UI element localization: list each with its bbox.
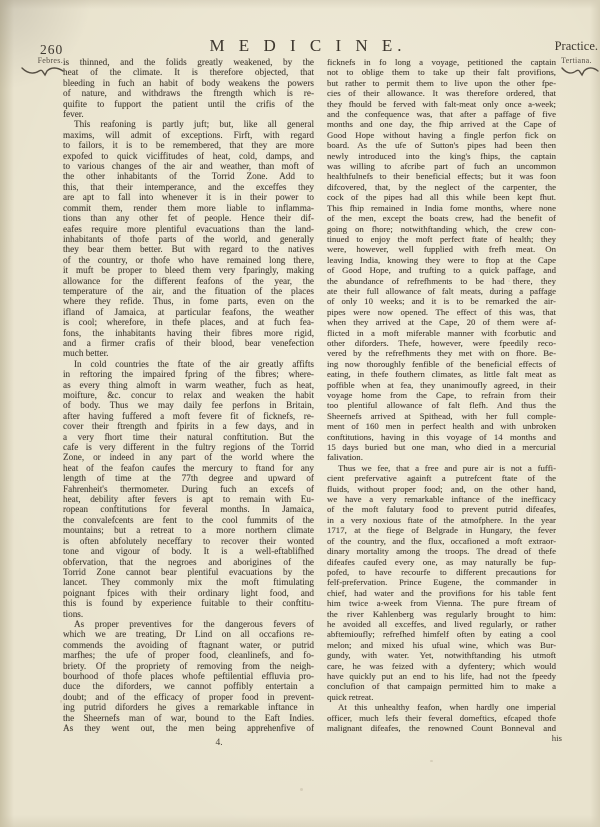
text-line: the Sheernefs man of war, bound to the E…	[63, 713, 314, 723]
text-line: of Good Hope, and trufting to a quick pa…	[327, 265, 556, 275]
text-line: difcovered, that, by the neglect of the …	[327, 182, 556, 192]
text-line: ropean conftitutions for feveral months.…	[63, 504, 314, 514]
text-line: healthfulnefs to their beneficial effect…	[327, 171, 556, 181]
text-line: fever.	[63, 109, 314, 119]
text-line: ing now thoroughly fenfible of the benef…	[327, 359, 556, 369]
paper-speck	[508, 280, 510, 282]
text-line: much better.	[63, 348, 314, 358]
text-line: Sheernefs arrived at Spithead, with her …	[327, 411, 556, 421]
text-line: in reftoring the impaired fpring of the …	[63, 369, 314, 379]
text-line: leaving India, knowing they were to ftop…	[327, 255, 556, 265]
page-scan: 260 M E D I C I N E. Practice. Febres. T…	[0, 0, 600, 827]
text-line: they fhould be ferved with falt-meat onl…	[327, 99, 556, 109]
text-line: pipes were now opened. The effect of thi…	[327, 307, 556, 317]
text-line: to failors, it is to be remembered, that…	[63, 140, 314, 150]
text-line: difeafes caufed every one, as may natura…	[327, 557, 556, 567]
text-line: him twice a-week from Vienna. The pure f…	[327, 598, 556, 608]
text-line: 15 days buried but one man, who died in …	[327, 442, 556, 452]
text-line: the other inhabitants of the Torrid Zone…	[63, 171, 314, 181]
text-line: other diforders. Thefe, however, were fp…	[327, 338, 556, 348]
text-line: abftemioufly; refrefhed himfelf often by…	[327, 629, 556, 639]
text-line: the abundance of refrefhments to be had …	[327, 276, 556, 286]
text-line: care, he was feized with a dyfentery; wh…	[327, 661, 556, 671]
text-line: of the country, and the flux, occafioned…	[327, 536, 556, 546]
text-line: to various changes of the air and weathe…	[63, 161, 314, 171]
text-line: and the confequence was, that after a pa…	[327, 109, 556, 119]
text-line: cover their ftrength and fpirits in a fe…	[63, 421, 314, 431]
text-line: doubt; and of the efficacy of proper foo…	[63, 692, 314, 702]
text-line: the convalefcents are fent to the cool f…	[63, 515, 314, 525]
running-head-right: Practice.	[555, 39, 598, 54]
text-line: expofed to quick viciffitudes of heat, c…	[63, 151, 314, 161]
text-line: commends the avoiding of ftagnant water,…	[63, 640, 314, 650]
text-line: pofed, to have recourfe to different pre…	[327, 567, 556, 577]
text-line: malignant difeafes, the renowned Count B…	[327, 723, 556, 733]
text-line: in a very noxious ftate of the atmofpher…	[327, 515, 556, 525]
text-line: the river Kahlenberg was regularly broug…	[327, 609, 556, 619]
text-line: voyage home from the Cape, to refrain fr…	[327, 390, 556, 400]
text-line: gundy, with water. Yet, notwithftanding …	[327, 650, 556, 660]
text-line: fluids, without proper food; and, on the…	[327, 484, 556, 494]
text-line: conclufion of that campaign permitted hi…	[327, 681, 556, 691]
flourish-icon	[21, 65, 65, 78]
text-line: length of time at the 77th degree and up…	[63, 473, 314, 483]
text-line: tions.	[63, 609, 314, 619]
text-line: eafes require more plentiful evacuations…	[63, 224, 314, 234]
paper-speck	[300, 788, 303, 791]
text-line: when they arrived at the Cape, 20 of the…	[327, 317, 556, 327]
text-line: is thinned, and the folids greatly weake…	[63, 57, 314, 67]
text-line: and a firmer crafis of their blood, bear…	[63, 338, 314, 348]
text-line: too plentiful allowance of falt flefh. A…	[327, 400, 556, 410]
text-line: Good Hope without having a fingle perfon…	[327, 130, 556, 140]
text-line: this is found by experience fuitable to …	[63, 598, 314, 608]
text-line: heat of the feafon caufes the mercury to…	[63, 463, 314, 473]
text-line: of the country, or thofe who have remain…	[63, 255, 314, 265]
text-line: In cold countries the ftate of the air g…	[63, 359, 314, 369]
text-line: lancet. They commonly mix the moft ftimu…	[63, 577, 314, 587]
text-line: of the men, except the boats crew, had t…	[327, 213, 556, 223]
text-line: tions than any other fet of people. Henc…	[63, 213, 314, 223]
text-line: moifture, &c. concur to relax and weaken…	[63, 390, 314, 400]
text-line: flicted in a moft miferable manner with …	[327, 328, 556, 338]
text-line: heat of the climate. It is therefore obj…	[63, 67, 314, 77]
text-line: have quickly put an end to his life, had…	[327, 671, 556, 681]
flourish-icon	[561, 65, 599, 78]
text-line: of body. Thus we may daily fee perfons i…	[63, 400, 314, 410]
text-line: cafe is very different in the fultry reg…	[63, 442, 314, 452]
text-line: it muft be proper to bleed them very fpa…	[63, 265, 314, 275]
text-line: going on fhore; notwithftanding which, t…	[327, 224, 556, 234]
text-column-left: is thinned, and the folids greatly weake…	[63, 57, 314, 733]
text-line: This reafoning is partly juft; but, like…	[63, 119, 314, 129]
text-line: after having fuffered a moft fevere fit …	[63, 411, 314, 421]
text-line: fons, the inhabitants having their fibre…	[63, 328, 314, 338]
text-line: was willing to afcribe part of fuch an u…	[327, 161, 556, 171]
text-line: quick retreat.	[327, 692, 556, 702]
text-line: briety. Of the propriety of removing fro…	[63, 661, 314, 671]
text-line: ate their full allowance of falt meats, …	[327, 286, 556, 296]
margin-note-tertiana: Tertiana.	[561, 56, 599, 65]
text-line: As they went out, the men being apprehen…	[63, 723, 314, 733]
text-column-right: ficknefs in fo long a voyage, petitioned…	[327, 57, 556, 733]
margin-note-febres: Febres.	[17, 56, 63, 65]
text-line: eating, in thefe fouthern climates, as l…	[327, 369, 556, 379]
text-line: newly introduced into the king's fhips, …	[327, 151, 556, 161]
text-line: ficknefs in fo long a voyage, petitioned…	[327, 57, 556, 67]
text-line: allowance for the different feafons of t…	[63, 276, 314, 286]
text-line: board. As the ufe of Sutton's pipes had …	[327, 140, 556, 150]
text-line: months and one day, the fhip arrived at …	[327, 119, 556, 129]
text-line: quifite to fupport the patient until the…	[63, 99, 314, 109]
text-line: a very fhort time their natural conftitu…	[63, 432, 314, 442]
text-line: where they refide. Thus, in fome parts, …	[63, 296, 314, 306]
text-line: vered by the refrefhments they met with …	[327, 348, 556, 358]
text-line: mountains; but a retreat to a more north…	[63, 525, 314, 535]
text-line: bleeding in fuch an habit of body weaken…	[63, 78, 314, 88]
text-line: Zone, or indeed in any part of the world…	[63, 452, 314, 462]
text-line: which we are treating, Dr Lind on all oc…	[63, 629, 314, 639]
text-line: cock of the pipes had all this while bee…	[327, 192, 556, 202]
text-line: obfervation, that the negroes and aborig…	[63, 557, 314, 567]
text-line: Fahrenheit's thermometer. During fuch an…	[63, 484, 314, 494]
catchword: his	[327, 733, 562, 743]
text-line: marfhes; the ufe of proper food, cleanli…	[63, 650, 314, 660]
text-line: poignant fpices with their ordinary ligh…	[63, 588, 314, 598]
paper-speck	[84, 120, 87, 123]
text-line: ing putrid diforders he gives a remarkab…	[63, 702, 314, 712]
text-line: heat, debility after fevers is apt to re…	[63, 494, 314, 504]
text-line: but rather to permit them to live upon t…	[327, 78, 556, 88]
text-line: chief, had water and the provifions for …	[327, 588, 556, 598]
text-line: poffible when at fea, they unanimoufly a…	[327, 380, 556, 390]
text-line: ifland of Jamaica, at particular feafons…	[63, 307, 314, 317]
page-title: M E D I C I N E.	[0, 36, 600, 56]
text-line: inhabitants of thofe parts of the world,…	[63, 234, 314, 244]
text-line: is often abfolutely neceffary to recover…	[63, 536, 314, 546]
text-line: dinary mortality among the troops. The d…	[327, 546, 556, 556]
text-line: This fhip remained in India fome months,…	[327, 203, 556, 213]
text-line: of only 10 weeks; and it is to be remark…	[327, 296, 556, 306]
text-line: Thus we fee, that a free and pure air is…	[327, 463, 556, 473]
text-line: tone and vigour of body. It is a well-ef…	[63, 546, 314, 556]
text-line: of the moft falutary food to prevent put…	[327, 504, 556, 514]
text-line: 1717, at the fiege of Belgrade in Hungar…	[327, 525, 556, 535]
text-line: he avoided all exceffes, and lived regul…	[327, 619, 556, 629]
text-line: were, however, well fupplied with frefh …	[327, 244, 556, 254]
text-line: not to oblige them to take up their falt…	[327, 67, 556, 77]
text-line: cient prefervative againft a putrefcent …	[327, 473, 556, 483]
text-line: At this unhealthy feafon, when hardly on…	[327, 702, 556, 712]
text-line: ment of 160 men in perfect health and wi…	[327, 421, 556, 431]
paper-speck	[60, 700, 62, 703]
signature-mark: 4.	[204, 738, 234, 748]
text-line: are apt to fall into whenever it is in t…	[63, 192, 314, 202]
text-line: maxims, will admit of exceptions. Firft,…	[63, 130, 314, 140]
text-line: As proper preventives for the dangerous …	[63, 619, 314, 629]
text-line: commit them, render them more liable to …	[63, 203, 314, 213]
text-line: of nature, and withdraws the ftrength wh…	[63, 88, 314, 98]
text-line: is cool; wherefore, in thefe places, and…	[63, 317, 314, 327]
text-line: bourhood of thofe places whofe peftilent…	[63, 671, 314, 681]
text-line: tinued to enjoy the moft perfect ftate o…	[327, 234, 556, 244]
text-line: duce the diforders, we cannot poffibly e…	[63, 681, 314, 691]
text-line: temperature of the air, and the fituatio…	[63, 286, 314, 296]
text-line: this, that their intemperance, and the e…	[63, 182, 314, 192]
paper-speck	[430, 760, 433, 762]
text-line: melon; and mixed his ufual wine, which w…	[327, 640, 556, 650]
text-line: conftitutions, having in this voyage of …	[327, 432, 556, 442]
text-line: felf-prefervation. Prince Eugene, the co…	[327, 577, 556, 587]
text-line: officer, much lefs their feveral domefti…	[327, 713, 556, 723]
text-line: as every thing almoft in warm weather, f…	[63, 380, 314, 390]
text-line: cies of their allowance. It was therefor…	[327, 88, 556, 98]
text-line: Torrid Zone cannot bear plentiful evacua…	[63, 567, 314, 577]
text-line: we have a very remarkable inftance of th…	[327, 494, 556, 504]
text-line: falivation.	[327, 452, 556, 462]
text-line: they bear them better. But with regard t…	[63, 244, 314, 254]
